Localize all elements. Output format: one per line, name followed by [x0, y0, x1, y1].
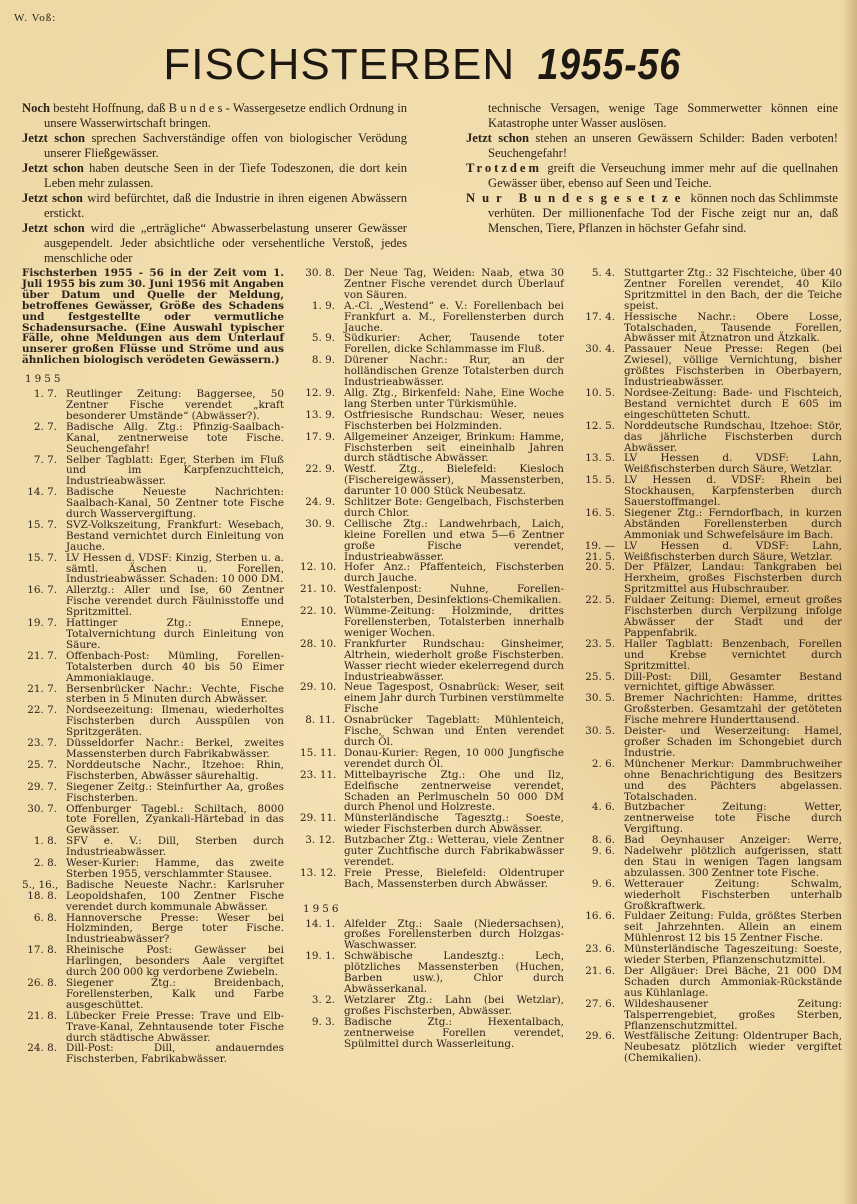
year-heading-1955: 1955 [25, 374, 284, 385]
entry-text: Deister- und Weserzeitung: Hamel, großer… [624, 726, 842, 759]
entry-text: Wümme-Zeitung: Holzminde, drittes Forell… [344, 606, 564, 639]
entry-text: Donau-Kurier: Regen, 10 000 Jungfische v… [344, 748, 564, 770]
list-entry: 27. 6.Wildeshausener Zeitung: Talsperren… [580, 999, 842, 1032]
entry-date: 3. 12. [300, 835, 344, 868]
list-entry: 3. 2.Wetzlarer Ztg.: Lahn (bei Wetzlar),… [300, 995, 564, 1017]
entry-text: A.-Cl. „Westend“ e. V.: Forellenbach bei… [344, 301, 564, 334]
entry-text: Offenbach-Post: Mümling, Forellen-Totals… [66, 651, 284, 684]
entry-text: Freie Presse, Bielefeld: Oldentruper Bac… [344, 868, 564, 890]
list-entry: 2. 6.Münchener Merkur: Dammbruchweiher o… [580, 759, 842, 803]
list-entry: 15. 7.SVZ-Volkszeitung, Frankfurt: Weseb… [22, 520, 284, 553]
list-entry: 1. 9.A.-Cl. „Westend“ e. V.: Forellenbac… [300, 301, 564, 334]
entry-date: 4. 6. [580, 802, 624, 835]
entry-date: 21. 10. [300, 584, 344, 606]
entry-text: Südkurier: Acher, Tausende toter Forelle… [344, 333, 564, 355]
entry-date: 29. 6. [580, 1031, 624, 1064]
list-entry: 20. 5.Der Pfälzer, Landau: Tankgraben be… [580, 562, 842, 595]
intro-paragraph: Jetzt schon stehen an unseren Gewässern … [466, 131, 838, 161]
entry-text: Frankfurter Rundschau: Ginsheimer, Altrh… [344, 639, 564, 683]
list-entry: 14. 1.Alfelder Ztg.: Saale (Niedersachse… [300, 919, 564, 952]
list-entry: 10. 5.Nordsee-Zeitung: Bade- und Fischte… [580, 388, 842, 421]
entry-date: 15. 11. [300, 748, 344, 770]
entry-text: Stuttgarter Ztg.: 32 Fischteiche, über 4… [624, 268, 842, 312]
list-entry: 21. 7.Offenbach-Post: Mümling, Forellen-… [22, 651, 284, 684]
entry-text: Hannoversche Presse: Weser bei Holzminde… [66, 913, 284, 946]
list-entry: 21. 8.Lübecker Freie Presse: Trave und E… [22, 1011, 284, 1044]
entry-date: 19. 1. [300, 951, 344, 995]
list-entry: 26. 8.Siegener Ztg.: Breidenbach, Forell… [22, 978, 284, 1011]
entry-date: 27. 6. [580, 999, 624, 1032]
entry-date: 13. 9. [300, 410, 344, 432]
intro-lead: Noch [22, 101, 50, 115]
intro-paragraph: Jetzt schon sprechen Sachverständige off… [22, 131, 407, 161]
year-heading-1956: 1956 [303, 904, 564, 915]
entry-date: 23. 5. [580, 639, 624, 672]
entry-text: Wildeshausener Zeitung: Talsperrengebiet… [624, 999, 842, 1032]
list-entry: 24. 8.Dill-Post: Dill, andauerndes Fisch… [22, 1043, 284, 1065]
list-entry: 5. 4.Stuttgarter Ztg.: 32 Fischteiche, ü… [580, 268, 842, 312]
entry-date: 8. 9. [300, 355, 344, 388]
list-entry: 13. 12.Freie Presse, Bielefeld: Oldentru… [300, 868, 564, 890]
intro-lead: Nur Bundesgesetze [466, 191, 687, 205]
entry-text: Norddeutsche Nachr., Itzehoe: Rhin, Fisc… [66, 760, 284, 782]
intro-paragraph: Jetzt schon wird befürchtet, daß die Ind… [22, 191, 407, 221]
list-entry: 21. 6.Der Allgäuer: Drei Bäche, 21 000 D… [580, 966, 842, 999]
entry-text: Alfelder Ztg.: Saale (Niedersachsen), gr… [344, 919, 564, 952]
entry-date: 21. 7. [22, 684, 66, 706]
entry-date: 13. 12. [300, 868, 344, 890]
entry-date: 5., 16., 18. 8. [22, 880, 66, 913]
list-entry: 16. 6.Fuldaer Zeitung: Fulda, größtes St… [580, 911, 842, 944]
intro-lead: Jetzt schon [22, 161, 84, 175]
entry-text: Bremer Nachrichten: Hamme, drittes Großs… [624, 693, 842, 726]
list-entry: 30. 7.Offenburger Tagebl.: Schiltach, 80… [22, 804, 284, 837]
entry-text: Weser-Kurier: Hamme, das zweite Sterben … [66, 858, 284, 880]
list-entry: 6. 8.Hannoversche Presse: Weser bei Holz… [22, 913, 284, 946]
list-intro: Fischsterben 1955 - 56 in der Zeit vom 1… [22, 268, 284, 366]
entry-text: Rheinische Post: Gewässer bei Harlingen,… [66, 945, 284, 978]
intro-lead: Jetzt schon [22, 131, 85, 145]
list-entry: 5., 16., 18. 8.Badische Neueste Nachr.: … [22, 880, 284, 913]
entry-date: 24. 9. [300, 497, 344, 519]
entry-date: 19. — 21. 5. [580, 541, 624, 563]
entry-date: 22. 7. [22, 705, 66, 738]
entry-date: 5. 9. [300, 333, 344, 355]
entry-text: Hofer Anz.: Pfaffenteich, Fischsterben d… [344, 562, 564, 584]
entry-text: Schlitzer Bote: Gengelbach, Fischsterben… [344, 497, 564, 519]
entry-date: 30. 4. [580, 344, 624, 388]
intro-lead: Jetzt schon [466, 131, 529, 145]
list-entry: 9. 3.Badische Ztg.: Hexentalbach, zentne… [300, 1017, 564, 1050]
entry-date: 8. 11. [300, 715, 344, 748]
entry-text: Dürener Nachr.: Rur, an der holländische… [344, 355, 564, 388]
entry-date: 12. 10. [300, 562, 344, 584]
entry-date: 30. 5. [580, 693, 624, 726]
entry-text: Allgemeiner Anzeiger, Brinkum: Hamme, Fi… [344, 432, 564, 465]
entry-text: Hessische Nachr.: Obere Losse, Totalscha… [624, 312, 842, 345]
list-entry: 30. 4.Passauer Neue Presse: Regen (bei Z… [580, 344, 842, 388]
entry-date: 23. 11. [300, 770, 344, 814]
list-entry: 19. 1.Schwäbische Landesztg.: Lech, plöt… [300, 951, 564, 995]
entry-text: Mittelbayrische Ztg.: Ohe und Ilz, Edelf… [344, 770, 564, 814]
entry-text: Bersenbrücker Nachr.: Vechte, Fische ste… [66, 684, 284, 706]
entry-date: 2. 8. [22, 858, 66, 880]
list-entry: 22. 10.Wümme-Zeitung: Holzminde, drittes… [300, 606, 564, 639]
entry-date: 22. 5. [580, 595, 624, 639]
entry-date: 25. 5. [580, 672, 624, 694]
entry-date: 20. 5. [580, 562, 624, 595]
list-entry: 15. 11.Donau-Kurier: Regen, 10 000 Jungf… [300, 748, 564, 770]
entry-date: 30. 5. [580, 726, 624, 759]
list-entry: 30. 8.Der Neue Tag, Weiden: Naab, etwa 3… [300, 268, 564, 301]
list-entry: 29. 6.Westfälische Zeitung: Oldentruper … [580, 1031, 842, 1064]
entry-date: 23. 7. [22, 738, 66, 760]
list-entry: 29. 11.Münsterländische Tagesztg.: Soest… [300, 813, 564, 835]
entry-date: 15. 7. [22, 520, 66, 553]
list-entry: 16. 5.Siegener Ztg.: Ferndorfbach, in ku… [580, 508, 842, 541]
entry-text: Lübecker Freie Presse: Trave und Elb-Tra… [66, 1011, 284, 1044]
entry-text: Wetzlarer Ztg.: Lahn (bei Wetzlar), groß… [344, 995, 564, 1017]
intro-lead: Jetzt schon [22, 221, 85, 235]
list-entry: 22. 9.Westf. Ztg., Bielefeld: Kiesloch (… [300, 464, 564, 497]
entry-text: Bad Oeynhauser Anzeiger: Werre, Nadelweh… [624, 835, 842, 879]
entry-date: 15. 7. [22, 553, 66, 586]
entry-date: 9. 3. [300, 1017, 344, 1050]
entry-date: 29. 11. [300, 813, 344, 835]
entry-text: Osnabrücker Tageblatt: Mühlenteich, Fisc… [344, 715, 564, 748]
entry-date: 15. 5. [580, 475, 624, 508]
list-entry: 25. 5.Dill-Post: Dill, Gesamter Bestand … [580, 672, 842, 694]
list-entry: 15. 5.LV Hessen d. VDSF: Rhein bei Stock… [580, 475, 842, 508]
intro-right-column: technische Versagen, wenige Tage Sommerw… [466, 101, 838, 236]
entry-text: Westf. Ztg., Bielefeld: Kiesloch (Fische… [344, 464, 564, 497]
entry-date: 12. 9. [300, 388, 344, 410]
entry-date: 7. 7. [22, 455, 66, 488]
entry-date: 19. 7. [22, 618, 66, 651]
entry-text: Der Allgäuer: Drei Bäche, 21 000 DM Scha… [624, 966, 842, 999]
entry-date: 28. 10. [300, 639, 344, 683]
entry-date: 12. 5. [580, 421, 624, 454]
list-entry: 25. 7.Norddeutsche Nachr., Itzehoe: Rhin… [22, 760, 284, 782]
entry-text: Fuldaer Zeitung: Diemel, erneut großes F… [624, 595, 842, 639]
entry-text: Badische Neueste Nachrichten: Saalbach-K… [66, 487, 284, 520]
list-entry: 21. 10.Westfalenpost: Nuhne, Forellen-To… [300, 584, 564, 606]
entry-date: 30. 7. [22, 804, 66, 837]
entry-text: Siegener Ztg.: Ferndorfbach, in kurzen A… [624, 508, 842, 541]
list-entry: 7. 7.Selber Tagblatt: Eger, Sterben im F… [22, 455, 284, 488]
title-year: 1955-56 [538, 40, 681, 90]
entry-text: Wetterauer Zeitung: Schwalm, wiederholt … [624, 879, 842, 912]
entry-date: 23. 6. [580, 944, 624, 966]
entry-text: Dill-Post: Dill, Gesamter Bestand vernic… [624, 672, 842, 694]
entry-text: Cellische Ztg.: Landwehrbach, Laich, kle… [344, 519, 564, 563]
intro-paragraph: Trotzdem greift die Verseuchung immer me… [466, 161, 838, 191]
list-entry: 21. 7.Bersenbrücker Nachr.: Vechte, Fisc… [22, 684, 284, 706]
entry-date: 21. 7. [22, 651, 66, 684]
entry-text: Badische Allg. Ztg.: Pfinzig-Saalbach-Ka… [66, 422, 284, 455]
entry-text: Nordsee-Zeitung: Bade- und Fischteich, B… [624, 388, 842, 421]
entry-date: 29. 10. [300, 682, 344, 715]
list-entry: 19. — 21. 5.LV Hessen d. VDSF: Lahn, Wei… [580, 541, 842, 563]
list-entry: 5. 9.Südkurier: Acher, Tausende toter Fo… [300, 333, 564, 355]
list-entry: 13. 9.Ostfriesische Rundschau: Weser, ne… [300, 410, 564, 432]
entry-text: Nordseezeitung: Ilmenau, wiederholtes Fi… [66, 705, 284, 738]
entry-text: Butzbacher Ztg.: Wetterau, viele Zentner… [344, 835, 564, 868]
list-entry: 19. 7.Hattinger Ztg.: Ennepe, Totalverni… [22, 618, 284, 651]
list-entry: 2. 7.Badische Allg. Ztg.: Pfinzig-Saalba… [22, 422, 284, 455]
entry-text: Allerztg.: Aller und Ise, 60 Zentner Fis… [66, 585, 284, 618]
entry-date: 2. 6. [580, 759, 624, 803]
list-entry: 29. 10.Neue Tagespost, Osnabrück: Weser,… [300, 682, 564, 715]
list-column-2: 30. 8.Der Neue Tag, Weiden: Naab, etwa 3… [300, 268, 564, 1049]
list-entry: 17. 4.Hessische Nachr.: Obere Losse, Tot… [580, 312, 842, 345]
entry-text: Siegener Ztg.: Breidenbach, Forellenster… [66, 978, 284, 1011]
entry-text: Westfälische Zeitung: Oldentruper Bach, … [624, 1031, 842, 1064]
intro-paragraph: Noch besteht Hoffnung, daß B u n d e s -… [22, 101, 407, 131]
entry-date: 16. 6. [580, 911, 624, 944]
entry-text: Badische Ztg.: Hexentalbach, zentnerweis… [344, 1017, 564, 1050]
list-entry: 29. 7.Siegener Zeitg.: Steinfurther Aa, … [22, 782, 284, 804]
list-entry: 4. 6.Butzbacher Zeitung: Wetter, zentner… [580, 802, 842, 835]
entry-date: 24. 8. [22, 1043, 66, 1065]
entry-date: 29. 7. [22, 782, 66, 804]
entry-date: 1. 7. [22, 389, 66, 422]
list-entry: 13. 5.LV Hessen d. VDSF: Lahn, Weißfisch… [580, 453, 842, 475]
entry-date: 5. 4. [580, 268, 624, 312]
list-entry: 2. 8.Weser-Kurier: Hamme, das zweite Ste… [22, 858, 284, 880]
page-edge-shadow [843, 0, 857, 1204]
list-entry: 28. 10.Frankfurter Rundschau: Ginsheimer… [300, 639, 564, 683]
list-entry: 23. 11.Mittelbayrische Ztg.: Ohe und Ilz… [300, 770, 564, 814]
entry-date: 30. 9. [300, 519, 344, 563]
list-entry: 30. 5.Bremer Nachrichten: Hamme, drittes… [580, 693, 842, 726]
entry-text: LV Hessen d. VDSF: Kinzig, Sterben u. a.… [66, 553, 284, 586]
list-entry: 12. 5.Norddeutsche Rundschau, Itzehoe: S… [580, 421, 842, 454]
entry-date: 14. 1. [300, 919, 344, 952]
intro-paragraph: Jetzt schon haben deutsche Seen in der T… [22, 161, 407, 191]
intro-paragraph: Jetzt schon wird die „erträgliche“ Abwas… [22, 221, 407, 266]
entry-date: 9. 6. [580, 879, 624, 912]
list-entry: 15. 7.LV Hessen d. VDSF: Kinzig, Sterben… [22, 553, 284, 586]
entry-text: SVZ-Volkszeitung, Frankfurt: Wesebach, B… [66, 520, 284, 553]
entry-text: Butzbacher Zeitung: Wetter, zentnerweise… [624, 802, 842, 835]
entry-date: 22. 9. [300, 464, 344, 497]
entry-date: 21. 6. [580, 966, 624, 999]
intro-left-column: Noch besteht Hoffnung, daß B u n d e s -… [22, 101, 407, 266]
entry-date: 26. 8. [22, 978, 66, 1011]
entry-text: Der Neue Tag, Weiden: Naab, etwa 30 Zent… [344, 268, 564, 301]
list-entry: 23. 6.Münsterländische Tageszeitung: Soe… [580, 944, 842, 966]
list-column-1: Fischsterben 1955 - 56 in der Zeit vom 1… [22, 268, 284, 1065]
entry-text: Norddeutsche Rundschau, Itzehoe: Stör, d… [624, 421, 842, 454]
entry-date: 10. 5. [580, 388, 624, 421]
list-entry: 23. 7.Düsseldorfer Nachr.: Berkel, zweit… [22, 738, 284, 760]
entry-date: 14. 7. [22, 487, 66, 520]
list-entry: 12. 9.Allg. Ztg., Birkenfeld: Nahe, Eine… [300, 388, 564, 410]
entry-text: Selber Tagblatt: Eger, Sterben im Fluß u… [66, 455, 284, 488]
entry-text: Passauer Neue Presse: Regen (bei Zwiesel… [624, 344, 842, 388]
list-entry: 22. 5.Fuldaer Zeitung: Diemel, erneut gr… [580, 595, 842, 639]
entry-text: Münsterländische Tageszeitung: Soeste, w… [624, 944, 842, 966]
entry-text: SFV e. V.: Dill, Sterben durch Industrie… [66, 836, 284, 858]
list-entry: 24. 9.Schlitzer Bote: Gengelbach, Fischs… [300, 497, 564, 519]
entry-text: Fuldaer Zeitung: Fulda, größtes Sterben … [624, 911, 842, 944]
intro-paragraph: Nur Bundesgesetze können noch das Schlim… [466, 191, 838, 236]
entry-date: 16. 7. [22, 585, 66, 618]
entry-text: Westfalenpost: Nuhne, Forellen-Totalster… [344, 584, 564, 606]
list-entry: 9. 6.Wetterauer Zeitung: Schwalm, wieder… [580, 879, 842, 912]
entry-text: LV Hessen d. VDSF: Rhein bei Stockhausen… [624, 475, 842, 508]
entry-text: Allg. Ztg., Birkenfeld: Nahe, Eine Woche… [344, 388, 564, 410]
list-entry: 30. 9.Cellische Ztg.: Landwehrbach, Laic… [300, 519, 564, 563]
list-entry: 3. 12.Butzbacher Ztg.: Wetterau, viele Z… [300, 835, 564, 868]
entry-date: 13. 5. [580, 453, 624, 475]
list-entry: 1. 8.SFV e. V.: Dill, Sterben durch Indu… [22, 836, 284, 858]
entry-date: 2. 7. [22, 422, 66, 455]
list-entry: 8. 11.Osnabrücker Tageblatt: Mühlenteich… [300, 715, 564, 748]
entry-text: Ostfriesische Rundschau: Weser, neues Fi… [344, 410, 564, 432]
entry-date: 30. 8. [300, 268, 344, 301]
title-main: FISCHSTERBEN [163, 40, 515, 89]
list-entry: 16. 7.Allerztg.: Aller und Ise, 60 Zentn… [22, 585, 284, 618]
author-byline: W. Voß: [14, 12, 56, 24]
entry-text: Offenburger Tagebl.: Schiltach, 8000 tot… [66, 804, 284, 837]
entry-text: Hattinger Ztg.: Ennepe, Totalvernichtung… [66, 618, 284, 651]
entry-text: Münchener Merkur: Dammbruchweiher ohne B… [624, 759, 842, 803]
list-entry: 17. 9.Allgemeiner Anzeiger, Brinkum: Ham… [300, 432, 564, 465]
entry-date: 22. 10. [300, 606, 344, 639]
entry-date: 16. 5. [580, 508, 624, 541]
intro-paragraph: technische Versagen, wenige Tage Sommerw… [466, 101, 838, 131]
list-entry: 1. 7.Reutlinger Zeitung: Baggersee, 50 Z… [22, 389, 284, 422]
entry-text: Siegener Zeitg.: Steinfurther Aa, großes… [66, 782, 284, 804]
entry-date: 17. 9. [300, 432, 344, 465]
entry-date: 17. 4. [580, 312, 624, 345]
entry-date: 1. 8. [22, 836, 66, 858]
entry-text: LV Hessen d. VDSF: Lahn, Weißfischsterbe… [624, 541, 842, 563]
entry-date: 17. 8. [22, 945, 66, 978]
entry-date: 8. 6. 9. 6. [580, 835, 624, 879]
list-column-3: 5. 4.Stuttgarter Ztg.: 32 Fischteiche, ü… [580, 268, 842, 1064]
intro-lead: Jetzt schon [22, 191, 83, 205]
list-entry: 30. 5.Deister- und Weserzeitung: Hamel, … [580, 726, 842, 759]
entry-text: LV Hessen d. VDSF: Lahn, Weißfischsterbe… [624, 453, 842, 475]
entry-text: Der Pfälzer, Landau: Tankgraben bei Herx… [624, 562, 842, 595]
entry-text: Düsseldorfer Nachr.: Berkel, zweites Mas… [66, 738, 284, 760]
entry-date: 25. 7. [22, 760, 66, 782]
list-entry: 8. 9.Dürener Nachr.: Rur, an der holländ… [300, 355, 564, 388]
list-entry: 23. 5.Haller Tagblatt: Benzenbach, Forel… [580, 639, 842, 672]
entry-date: 1. 9. [300, 301, 344, 334]
entry-text: Schwäbische Landesztg.: Lech, plötzliche… [344, 951, 564, 995]
entry-date: 3. 2. [300, 995, 344, 1017]
entry-text: Haller Tagblatt: Benzenbach, Forellen un… [624, 639, 842, 672]
list-entry: 22. 7.Nordseezeitung: Ilmenau, wiederhol… [22, 705, 284, 738]
entry-text: Neue Tagespost, Osnabrück: Weser, seit e… [344, 682, 564, 715]
entry-date: 6. 8. [22, 913, 66, 946]
intro-lead: Trotzdem [466, 161, 542, 175]
entry-text: Münsterländische Tagesztg.: Soeste, wied… [344, 813, 564, 835]
entry-text: Reutlinger Zeitung: Baggersee, 50 Zentne… [66, 389, 284, 422]
article-title: FISCHSTERBEN1955-56 [0, 40, 857, 90]
entry-text: Dill-Post: Dill, andauerndes Fischsterbe… [66, 1043, 284, 1065]
entry-date: 21. 8. [22, 1011, 66, 1044]
list-entry: 14. 7.Badische Neueste Nachrichten: Saal… [22, 487, 284, 520]
list-entry: 8. 6. 9. 6.Bad Oeynhauser Anzeiger: Werr… [580, 835, 842, 879]
list-entry: 12. 10.Hofer Anz.: Pfaffenteich, Fischst… [300, 562, 564, 584]
entry-text: Badische Neueste Nachr.: Karlsruher Leop… [66, 880, 284, 913]
list-entry: 17. 8.Rheinische Post: Gewässer bei Harl… [22, 945, 284, 978]
